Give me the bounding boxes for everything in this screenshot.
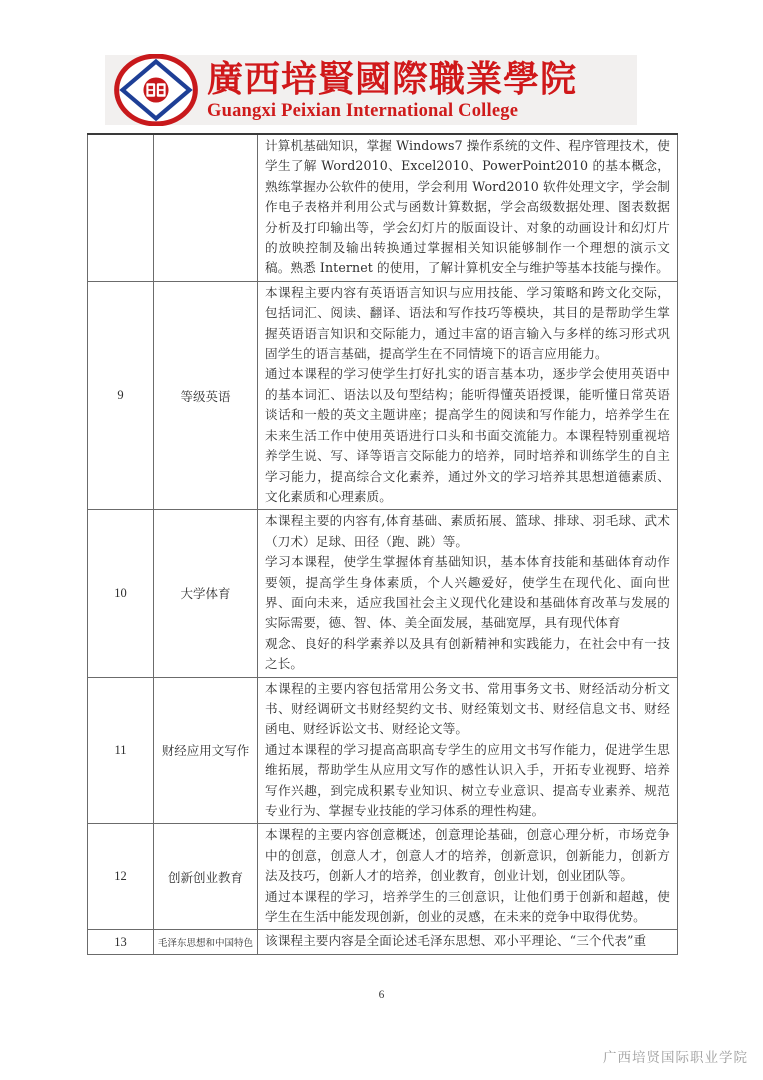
table-row: 10大学体育本课程主要的内容有,体育基础、素质拓展、篮球、排球、羽毛球、武术（刀… (88, 510, 678, 677)
course-number-cell: 13 (88, 930, 154, 954)
college-name-zh: 廣西培賢國際職業學院 (207, 58, 637, 100)
table-row: 9等级英语本课程主要内容有英语语言知识与应用技能、学习策略和跨文化交际，包括词汇… (88, 281, 678, 509)
course-description-cell: 该课程主要内容是全面论述毛泽东思想、邓小平理论、“三个代表”重 (258, 930, 678, 954)
college-watermark: 广西培贤国际职业学院 (603, 1046, 748, 1066)
college-titles: 廣西培賢國際職業學院 Guangxi Peixian International… (207, 58, 637, 122)
course-name-cell: 毛泽东思想和中国特色 (154, 930, 258, 954)
course-name-cell: 等级英语 (154, 281, 258, 509)
course-table-body: 计算机基础知识，掌握 Windows7 操作系统的文件、程序管理技术，使学生了解… (88, 134, 678, 954)
course-table: 计算机基础知识，掌握 Windows7 操作系统的文件、程序管理技术，使学生了解… (87, 133, 678, 955)
course-description-cell: 本课程的主要内容创意概述，创意理论基础，创意心理分析，市场竞争中的创意，创意人才… (258, 824, 678, 930)
description-paragraph: 计算机基础知识，掌握 Windows7 操作系统的文件、程序管理技术，使学生了解… (265, 136, 670, 279)
description-paragraph: 通过本课程的学习，培养学生的三创意识，让他们勇于创新和超越，使学生在生活中能发现… (265, 887, 670, 928)
course-name-cell: 创新创业教育 (154, 824, 258, 930)
table-row: 13毛泽东思想和中国特色该课程主要内容是全面论述毛泽东思想、邓小平理论、“三个代… (88, 930, 678, 954)
course-number-cell: 10 (88, 510, 154, 677)
description-paragraph: 通过本课程的学习提高高职高专学生的应用文书写作能力，促进学生思维拓展，帮助学生从… (265, 740, 670, 822)
description-paragraph: 本课程主要的内容有,体育基础、素质拓展、篮球、排球、羽毛球、武术（刀术）足球、田… (265, 511, 670, 552)
course-description-cell: 本课程的主要内容包括常用公务文书、常用事务文书、财经活动分析文书、财经调研文书财… (258, 677, 678, 824)
description-paragraph: 该课程主要内容是全面论述毛泽东思想、邓小平理论、“三个代表”重 (265, 931, 670, 951)
description-paragraph: 本课程的主要内容创意概述，创意理论基础，创意心理分析，市场竞争中的创意，创意人才… (265, 825, 670, 886)
course-number-cell: 11 (88, 677, 154, 824)
course-number-cell: 9 (88, 281, 154, 509)
description-paragraph: 观念、良好的科学素养以及具有创新精神和实践能力，在社会中有一技之长。 (265, 634, 670, 675)
course-number-cell (88, 134, 154, 281)
document-page: 广西培贤国际职业学院 GUANGXI PEIXIAN INTERNATIONAL… (0, 0, 763, 1080)
course-name-cell: 大学体育 (154, 510, 258, 677)
description-paragraph: 学习本课程，使学生掌握体育基础知识，基本体育技能和基础体育动作要领，提高学生身体… (265, 552, 670, 634)
course-name-cell (154, 134, 258, 281)
college-name-en: Guangxi Peixian International College (207, 100, 637, 122)
college-seal-icon: 广西培贤国际职业学院 GUANGXI PEIXIAN INTERNATIONAL… (113, 54, 199, 126)
course-description-cell: 计算机基础知识，掌握 Windows7 操作系统的文件、程序管理技术，使学生了解… (258, 134, 678, 281)
table-row: 11财经应用文写作本课程的主要内容包括常用公务文书、常用事务文书、财经活动分析文… (88, 677, 678, 824)
table-row: 计算机基础知识，掌握 Windows7 操作系统的文件、程序管理技术，使学生了解… (88, 134, 678, 281)
course-number-cell: 12 (88, 824, 154, 930)
course-name-cell: 财经应用文写作 (154, 677, 258, 824)
course-description-cell: 本课程主要的内容有,体育基础、素质拓展、篮球、排球、羽毛球、武术（刀术）足球、田… (258, 510, 678, 677)
table-row: 12创新创业教育本课程的主要内容创意概述，创意理论基础，创意心理分析，市场竞争中… (88, 824, 678, 930)
description-paragraph: 本课程主要内容有英语语言知识与应用技能、学习策略和跨文化交际，包括词汇、阅读、翻… (265, 283, 670, 365)
college-header: 广西培贤国际职业学院 GUANGXI PEIXIAN INTERNATIONAL… (105, 55, 637, 125)
description-paragraph: 通过本课程的学习使学生打好扎实的语言基本功，逐步学会使用英语中的基本词汇、语法以… (265, 364, 670, 507)
description-paragraph: 本课程的主要内容包括常用公务文书、常用事务文书、财经活动分析文书、财经调研文书财… (265, 679, 670, 740)
course-description-cell: 本课程主要内容有英语语言知识与应用技能、学习策略和跨文化交际，包括词汇、阅读、翻… (258, 281, 678, 509)
page-number: 6 (0, 989, 763, 1001)
